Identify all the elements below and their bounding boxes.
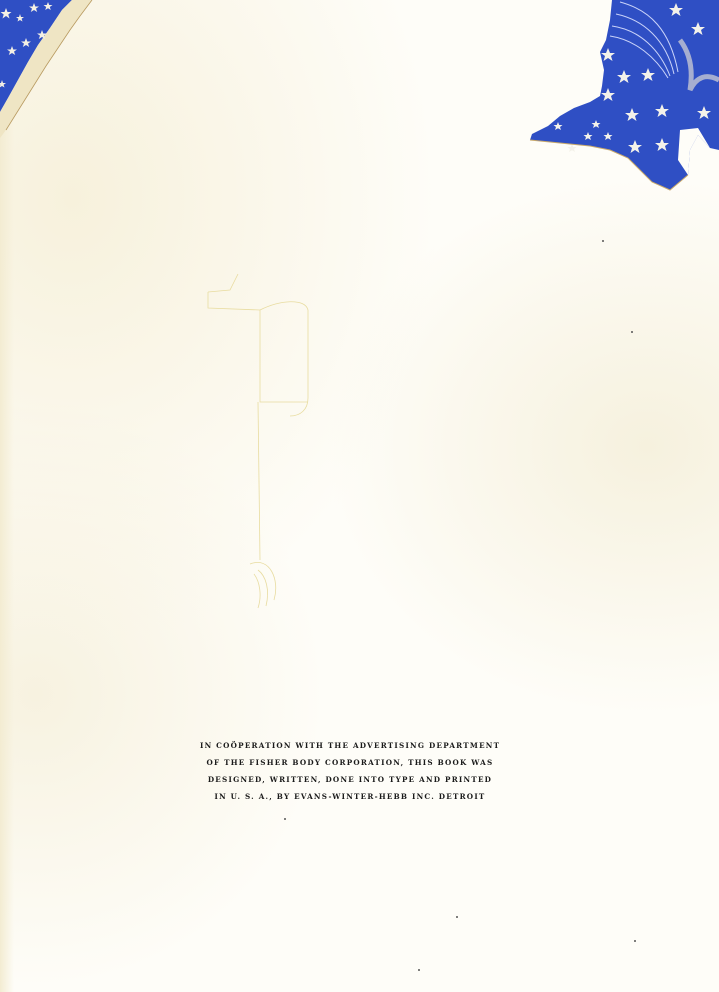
aged-left-edge (0, 0, 14, 992)
torn-flag-fragment-top-left (0, 0, 120, 140)
colophon-line: IN COÖPERATION WITH THE ADVERTISING DEPA… (200, 737, 500, 754)
dust-speck (631, 331, 633, 333)
colophon-line: IN U. S. A., BY EVANS-WINTER-HEBB INC. D… (200, 788, 500, 805)
faint-pencil-sketch (190, 270, 330, 630)
torn-flag-fragment-top-right (520, 0, 719, 200)
dust-speck (284, 818, 286, 820)
dust-speck (418, 969, 420, 971)
dust-speck (456, 916, 458, 918)
page: IN COÖPERATION WITH THE ADVERTISING DEPA… (0, 0, 719, 992)
colophon: IN COÖPERATION WITH THE ADVERTISING DEPA… (200, 737, 500, 805)
colophon-line: OF THE FISHER BODY CORPORATION, THIS BOO… (200, 754, 500, 771)
dust-speck (602, 240, 604, 242)
colophon-line: DESIGNED, WRITTEN, DONE INTO TYPE AND PR… (200, 771, 500, 788)
dust-speck (634, 940, 636, 942)
